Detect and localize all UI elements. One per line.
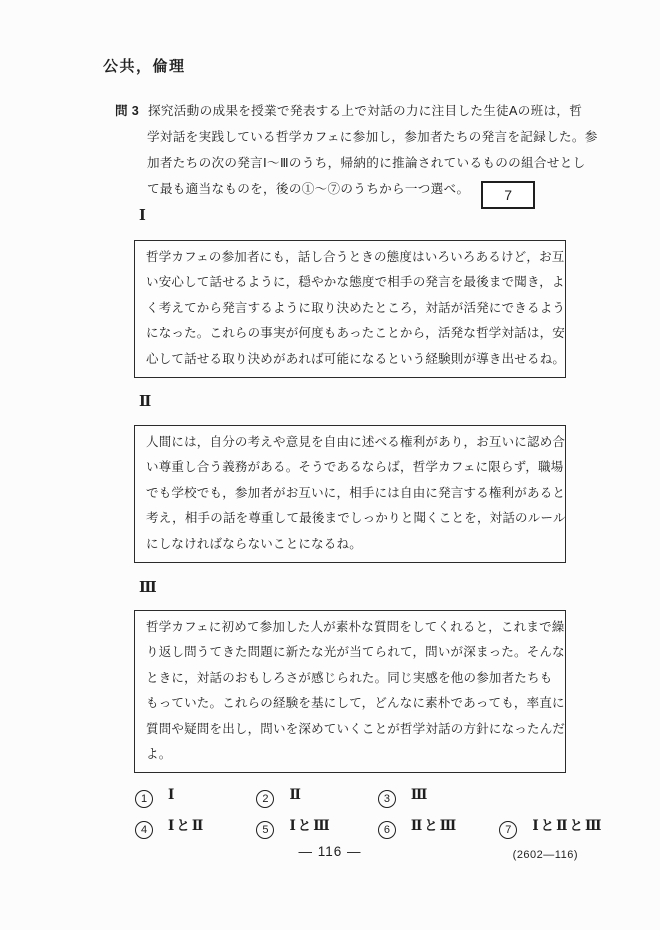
statement-line: く考えてから発言するように取り決めたところ，対話が活発にできるよう bbox=[146, 296, 554, 321]
question-text: 探究活動の成果を授業で発表する上で対話の力に注目した生徒Aの班は，哲 bbox=[148, 104, 582, 118]
statement-line: い尊重し合う義務がある。そうであるならば，哲学カフェに限らず，職場 bbox=[146, 455, 554, 480]
question-line: 学対話を実践している哲学カフェに参加し，参加者たちの発言を記録した。参 bbox=[115, 124, 598, 150]
statement-line: 哲学カフェに初めて参加した人が素朴な質問をしてくれると，これまで繰 bbox=[146, 615, 554, 640]
question-text: て最も適当なものを，後の①～⑦のうちから一つ選べ。 bbox=[147, 182, 469, 196]
statement-3-label: Ⅲ bbox=[139, 579, 157, 596]
option-1-label: Ⅰ bbox=[168, 787, 176, 803]
option-7-label: ⅠとⅡとⅢ bbox=[532, 818, 603, 834]
statement-line: い安心して話せるように，穏やかな態度で相手の発言を最後まで聞き，よ bbox=[146, 270, 554, 295]
option-7-number-circle: 7 bbox=[499, 821, 517, 839]
option-5-number-circle: 5 bbox=[256, 821, 274, 839]
option-7: 7ⅠとⅡとⅢ bbox=[499, 814, 603, 839]
options-row-2: 4ⅠとⅡ 5ⅠとⅢ 6ⅡとⅢ 7ⅠとⅡとⅢ bbox=[135, 814, 604, 839]
question-line: 問 3探究活動の成果を授業で発表する上で対話の力に注目した生徒Aの班は，哲 bbox=[115, 98, 598, 124]
statement-line: でも学校でも，参加者がお互いに，相手には自由に発言する権利があると bbox=[146, 481, 554, 506]
option-5-label: ⅠとⅢ bbox=[289, 818, 331, 834]
option-2: 2Ⅱ bbox=[256, 786, 373, 808]
option-3: 3Ⅲ bbox=[378, 786, 495, 808]
statement-line: 心して話せる取り決めがあれば可能になるという経験則が導き出せるね。 bbox=[146, 347, 554, 372]
statement-line: 哲学カフェの参加者にも，話し合うときの態度はいろいろあるけど，お互 bbox=[146, 245, 554, 270]
statement-line: り返し問うてきた問題に新たな光が当てられて，問いが深まった。そんな bbox=[146, 640, 554, 665]
statement-line: 考え，相手の話を尊重して最後までしっかりと聞くことを，対話のルール bbox=[146, 506, 554, 531]
option-4-number-circle: 4 bbox=[135, 821, 153, 839]
statement-2-box: 人間には，自分の考えや意見を自由に述べる権利があり，お互いに認め合 い尊重し合う… bbox=[134, 425, 566, 563]
option-1-number-circle: 1 bbox=[135, 790, 153, 808]
question-line: 加者たちの次の発言Ⅰ～Ⅲのうち，帰納的に推論されているものの組合せとし bbox=[115, 150, 598, 176]
statement-3-box: 哲学カフェに初めて参加した人が素朴な質問をしてくれると，これまで繰 り返し問うて… bbox=[134, 610, 566, 773]
option-3-number-circle: 3 bbox=[378, 790, 396, 808]
exam-page: 公共，倫理 問 3探究活動の成果を授業で発表する上で対話の力に注目した生徒Aの班… bbox=[0, 0, 660, 930]
subject-title: 公共，倫理 bbox=[103, 55, 186, 76]
answer-number-box: 7 bbox=[481, 181, 535, 209]
option-5: 5ⅠとⅢ bbox=[256, 814, 373, 839]
statement-1-box: 哲学カフェの参加者にも，話し合うときの態度はいろいろあるけど，お互 い安心して話… bbox=[134, 240, 566, 378]
statement-1-label: Ⅰ bbox=[139, 207, 146, 224]
option-1: 1Ⅰ bbox=[135, 786, 252, 808]
statement-line: になった。これらの事実が何度もあったことから，活発な哲学対話は，安 bbox=[146, 321, 554, 346]
statement-line: ときに，対話のおもしろさが感じられた。同じ実感を他の参加者たちも bbox=[146, 666, 554, 691]
option-2-label: Ⅱ bbox=[289, 787, 302, 803]
option-3-label: Ⅲ bbox=[411, 787, 429, 803]
option-4: 4ⅠとⅡ bbox=[135, 814, 252, 839]
question-number-label: 問 3 bbox=[115, 104, 139, 118]
document-code: (2602—116) bbox=[513, 849, 578, 861]
statement-line: 質問や疑問を出し，問いを深めていくことが哲学対話の方針になったんだ bbox=[146, 717, 554, 742]
question-line: て最も適当なものを，後の①～⑦のうちから一つ選べ。7 bbox=[115, 176, 598, 209]
option-6: 6ⅡとⅢ bbox=[378, 814, 495, 839]
options-row-1: 1Ⅰ 2Ⅱ 3Ⅲ bbox=[135, 786, 495, 808]
statement-line: にしなければならないことになるね。 bbox=[146, 532, 554, 557]
option-6-label: ⅡとⅢ bbox=[411, 818, 458, 834]
option-4-label: ⅠとⅡ bbox=[168, 818, 205, 834]
statement-line: 人間には，自分の考えや意見を自由に述べる権利があり，お互いに認め合 bbox=[146, 430, 554, 455]
option-6-number-circle: 6 bbox=[378, 821, 396, 839]
question-block: 問 3探究活動の成果を授業で発表する上で対話の力に注目した生徒Aの班は，哲 学対… bbox=[115, 98, 598, 209]
statement-line: よ。 bbox=[146, 742, 554, 767]
option-2-number-circle: 2 bbox=[256, 790, 274, 808]
statement-line: もっていた。これらの経験を基にして，どんなに素朴であっても，率直に bbox=[146, 691, 554, 716]
statement-2-label: Ⅱ bbox=[139, 393, 151, 410]
